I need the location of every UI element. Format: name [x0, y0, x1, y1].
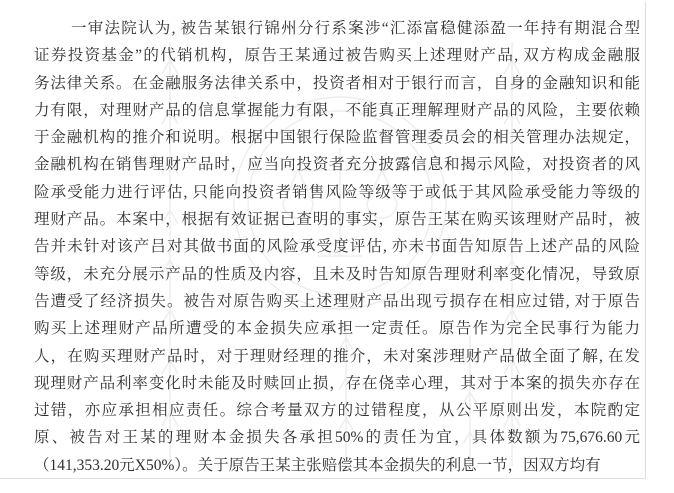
- document-line: 原、被告对王某的理财本金损失各承担50%的责任为宜，具体数额为75,676.60…: [34, 424, 640, 451]
- document-line: 于金融机构的推介和说明。根据中国银行保险监督管理委员会的相关管理办法规定，: [34, 124, 640, 151]
- document-line: 过错，亦应承担相应责任。综合考量双方的过错程度，从公平原则出发，本院酌定: [34, 397, 640, 424]
- document-line: 等级，未充分展示产品的性质及内容，且未及时告知原告理财利率变化情况，导致原: [34, 261, 640, 288]
- page-bottom-border: [0, 478, 646, 479]
- page-right-border: [645, 2, 646, 479]
- document-line: 购买上述理财产品所遭受的本金损失应承担一定责任。原告作为完全民事行为能力: [34, 315, 640, 342]
- document-line: 险承受能力进行评估, 只能向投资者销售风险等级等于或低于其风险承受能力等级的: [34, 179, 640, 206]
- document-page: 一审法院认为, 被告某银行锦州分行系案涉“汇添富稳健添盈一年持有期混合型 证券投…: [0, 0, 674, 493]
- judgment-paragraph: 一审法院认为, 被告某银行锦州分行系案涉“汇添富稳健添盈一年持有期混合型 证券投…: [34, 15, 640, 479]
- document-line: 告并未针对该产吕对其做书面的风险承受度评估, 亦未书面告知原告上述产品的风险: [34, 233, 640, 260]
- document-line: 务法律关系。在金融服务法律关系中，投资者相对于银行而言，自身的金融知识和能: [34, 70, 640, 97]
- document-line: 金融机构在销售理财产品时，应当向投资者充分披露信息和揭示风险，对投资者的风: [34, 151, 640, 178]
- document-line: 证券投资基金”的代销机构，原告王某通过被告购买上述理财产品, 双方构成金融服: [34, 42, 640, 69]
- screenshot-root: { "document": { "lines": [ "一审法院认为, 被告某银…: [0, 0, 674, 493]
- document-line: 理财产品。本案中，根据有效证据已查明的事实，原告王某在购买该理财产品时，被: [34, 206, 640, 233]
- document-line: 告遭受了经济损失。被告对原告购买上述理财产品出现亏损存在相应过错, 对于原告: [34, 288, 640, 315]
- document-line: 一审法院认为, 被告某银行锦州分行系案涉“汇添富稳健添盈一年持有期混合型: [34, 15, 640, 42]
- document-line: 现理财产品利率变化时未能及时赎回止损，存在侥幸心理，其对于本案的损失亦存在: [34, 370, 640, 397]
- document-line: 人，在购买理财产品时，对于理财经理的推介，未对案涉理财产品做全面了解, 在发: [34, 343, 640, 370]
- document-line: （141,353.20元X50%）。关于原告王某主张赔偿其本金损失的利息一节，因…: [34, 452, 640, 479]
- document-line: 力有限，对理财产品的信息掌握能力有限，不能真正理解理财产品的风险，主要依赖: [34, 97, 640, 124]
